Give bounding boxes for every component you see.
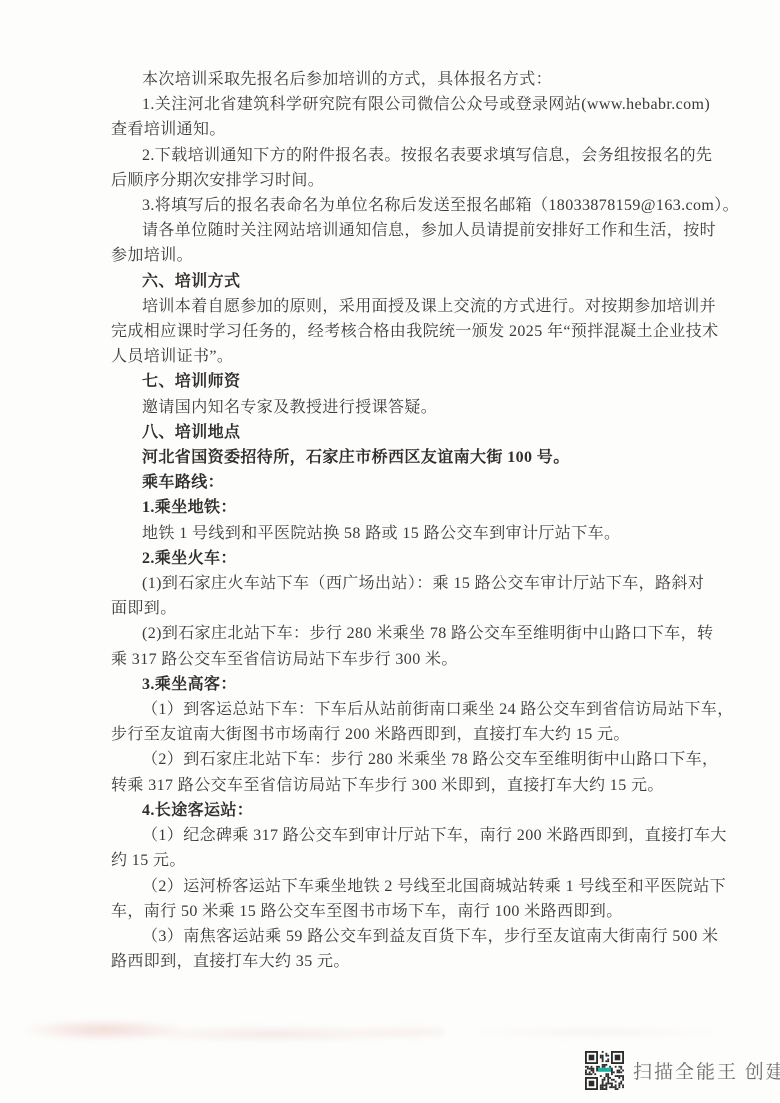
document-line: 完成相应课时学习任务的，经考核合格由我院统一颁发 2025 年“预拌混凝土企业技…	[111, 319, 707, 344]
document-line: 2.下载培训通知下方的附件报名表。按报名表要求填写信息，会务组按报名的先	[111, 143, 707, 168]
scan-artifact-smudge	[430, 1018, 760, 1044]
scanner-watermark: 扫描全能王 创建	[585, 1051, 780, 1090]
document-line: 3.乘坐高客：	[111, 672, 707, 697]
document-line: 地铁 1 号线到和平医院站换 58 路或 15 路公交车到审计厅站下车。	[111, 521, 707, 546]
document-line: 本次培训采取先报名后参加培训的方式，具体报名方式：	[111, 67, 707, 92]
document-line: 路西即到，直接打车大约 35 元。	[111, 949, 707, 974]
document-line: （1）纪念碑乘 317 路公交车到审计厅站下车，南行 200 米路西即到，直接打…	[111, 823, 707, 848]
document-line: 3.将填写后的报名表命名为单位名称后发送至报名邮箱（18033878159@16…	[111, 193, 707, 218]
document-line: 车，南行 50 米乘 15 路公交车至图书市场下车，南行 100 米路西即到。	[111, 899, 707, 924]
document-line: 1.关注河北省建筑科学研究院有限公司微信公众号或登录网站(www.hebabr.…	[111, 92, 707, 117]
document-line: 河北省国资委招待所，石家庄市桥西区友谊南大街 100 号。	[111, 445, 707, 470]
scan-artifact-smudge	[14, 1008, 444, 1050]
document-line: 八、培训地点	[111, 420, 707, 445]
document-line: （2）到石家庄北站下车：步行 280 米乘坐 78 路公交车至维明街中山路口下车…	[111, 747, 707, 772]
document-line: 培训本着自愿参加的原则，采用面授及课上交流的方式进行。对按期参加培训并	[111, 294, 707, 319]
document-line: (2)到石家庄北站下车：步行 280 米乘坐 78 路公交车至维明街中山路口下车…	[111, 621, 707, 646]
document-body: 本次培训采取先报名后参加培训的方式，具体报名方式：1.关注河北省建筑科学研究院有…	[111, 67, 707, 974]
document-line: 1.乘坐地铁：	[111, 495, 707, 520]
document-line: 请各单位随时关注网站培训通知信息，参加人员请提前安排好工作和生活，按时	[111, 218, 707, 243]
document-line: （2）运河桥客运站下车乘坐地铁 2 号线至北国商城站转乘 1 号线至和平医院站下	[111, 874, 707, 899]
document-line: 面即到。	[111, 596, 707, 621]
document-line: (1)到石家庄火车站下车（西广场出站）：乘 15 路公交车审计厅站下车，路斜对	[111, 571, 707, 596]
document-line: 后顺序分期次安排学习时间。	[111, 168, 707, 193]
document-line: （3）南焦客运站乘 59 路公交车到益友百货下车，步行至友谊南大街南行 500 …	[111, 924, 707, 949]
scanner-credit-text: 扫描全能王 创建	[633, 1057, 780, 1084]
document-line: 人员培训证书”。	[111, 344, 707, 369]
document-line: 步行至友谊南大街图书市场南行 200 米路西即到，直接打车大约 15 元。	[111, 722, 707, 747]
document-line: 参加培训。	[111, 243, 707, 268]
document-line: 邀请国内知名专家及教授进行授课答疑。	[111, 395, 707, 420]
document-line: 2.乘坐火车：	[111, 546, 707, 571]
document-line: （1）到客运总站下车：下车后从站前街南口乘坐 24 路公交车到省信访局站下车，	[111, 697, 707, 722]
scanned-document-page: 本次培训采取先报名后参加培训的方式，具体报名方式：1.关注河北省建筑科学研究院有…	[0, 0, 780, 1103]
document-line: 七、培训师资	[111, 369, 707, 394]
document-line: 乘 317 路公交车至省信访局站下车步行 300 米。	[111, 647, 707, 672]
document-line: 约 15 元。	[111, 848, 707, 873]
document-line: 4.长途客运站：	[111, 798, 707, 823]
document-line: 查看培训通知。	[111, 117, 707, 142]
document-line: 乘车路线：	[111, 470, 707, 495]
document-line: 转乘 317 路公交车至省信访局站下车步行 300 米即到，直接打车大约 15 …	[111, 773, 707, 798]
document-line: 六、培训方式	[111, 269, 707, 294]
qr-code-icon	[585, 1051, 624, 1090]
